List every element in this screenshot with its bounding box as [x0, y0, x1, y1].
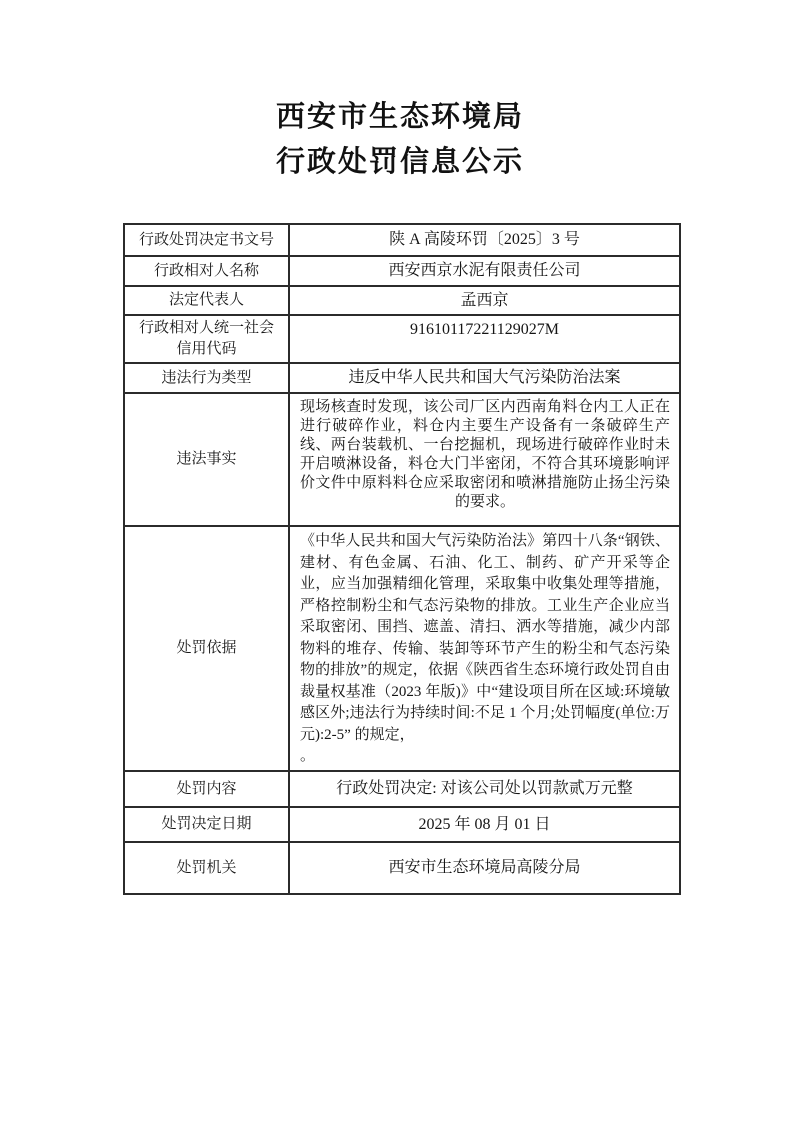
table-row-penalty-content: 处罚内容 行政处罚决定: 对该公司处以罚款贰万元整 — [124, 771, 680, 807]
row-value-penalty-basis: 《中华人民共和国大气污染防治法》第四十八条“钢铁、建材、有色金属、石油、化工、制… — [289, 526, 680, 771]
row-value-legal-representative: 孟西京 — [289, 286, 680, 315]
row-value-decision-date: 2025 年 08 月 01 日 — [289, 807, 680, 842]
row-label-violation-facts: 违法事实 — [124, 393, 289, 526]
row-label-penalty-authority: 处罚机关 — [124, 842, 289, 894]
table-row-violation-type: 违法行为类型 违反中华人民共和国大气污染防治法案 — [124, 363, 680, 393]
row-label-penalty-basis: 处罚依据 — [124, 526, 289, 771]
table-row-party-name: 行政相对人名称 西安西京水泥有限责任公司 — [124, 256, 680, 286]
document-title-line2: 行政处罚信息公示 — [0, 140, 800, 185]
row-value-decision-number: 陕 A 高陵环罚〔2025〕3 号 — [289, 224, 680, 256]
table-row-penalty-basis: 处罚依据 《中华人民共和国大气污染防治法》第四十八条“钢铁、建材、有色金属、石油… — [124, 526, 680, 771]
table-row-credit-code: 行政相对人统一社会 信用代码 91610117221129027M — [124, 315, 680, 363]
table-row-legal-representative: 法定代表人 孟西京 — [124, 286, 680, 315]
row-label-violation-type: 违法行为类型 — [124, 363, 289, 393]
row-value-credit-code: 91610117221129027M — [289, 315, 680, 363]
row-label-penalty-content: 处罚内容 — [124, 771, 289, 807]
scanned-document-page: 西安市生态环境局 行政处罚信息公示 行政处罚决定书文号 陕 A 高陵环罚〔202… — [0, 0, 800, 1136]
row-value-penalty-content: 行政处罚决定: 对该公司处以罚款贰万元整 — [289, 771, 680, 807]
penalty-basis-trailing-period: 。 — [300, 746, 670, 767]
row-label-decision-date: 处罚决定日期 — [124, 807, 289, 842]
row-label-party-name: 行政相对人名称 — [124, 256, 289, 286]
document-title: 西安市生态环境局 行政处罚信息公示 — [0, 95, 800, 185]
row-label-decision-number: 行政处罚决定书文号 — [124, 224, 289, 256]
penalty-info-table: 行政处罚决定书文号 陕 A 高陵环罚〔2025〕3 号 行政相对人名称 西安西京… — [123, 223, 681, 895]
row-value-penalty-authority: 西安市生态环境局高陵分局 — [289, 842, 680, 894]
row-value-violation-facts: 现场核查时发现，该公司厂区内西南角料仓内工人正在进行破碎作业，料仓内主要生产设备… — [289, 393, 680, 526]
penalty-basis-paragraph: 《中华人民共和国大气污染防治法》第四十八条“钢铁、建材、有色金属、石油、化工、制… — [300, 531, 670, 746]
row-label-credit-code: 行政相对人统一社会 信用代码 — [124, 315, 289, 363]
table-row-decision-date: 处罚决定日期 2025 年 08 月 01 日 — [124, 807, 680, 842]
table-row-violation-facts: 违法事实 现场核查时发现，该公司厂区内西南角料仓内工人正在进行破碎作业，料仓内主… — [124, 393, 680, 526]
table-row-penalty-authority: 处罚机关 西安市生态环境局高陵分局 — [124, 842, 680, 894]
row-value-party-name: 西安西京水泥有限责任公司 — [289, 256, 680, 286]
document-title-line1: 西安市生态环境局 — [0, 95, 800, 140]
row-label-legal-representative: 法定代表人 — [124, 286, 289, 315]
table-row-decision-number: 行政处罚决定书文号 陕 A 高陵环罚〔2025〕3 号 — [124, 224, 680, 256]
row-value-violation-type: 违反中华人民共和国大气污染防治法案 — [289, 363, 680, 393]
